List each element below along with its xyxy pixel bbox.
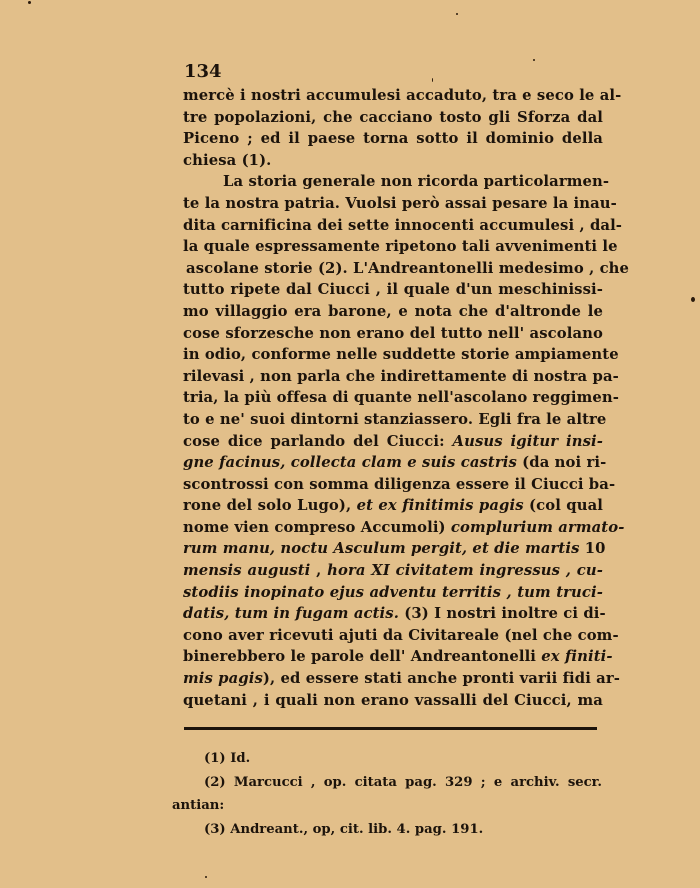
latin-quote: datis, tum in fugam actis. (183, 605, 399, 622)
text-line: rone del solo Lugo), et ex finitimis pag… (183, 495, 603, 517)
footnote-marker: (3) (204, 822, 226, 837)
text-line: scontrossi con somma diligenza essere il… (183, 474, 603, 496)
text-line: chiesa (1). (183, 150, 603, 172)
page-number: 134 (184, 61, 222, 82)
footnote-2-continuation: antian: (172, 794, 602, 818)
footnote-1: (1) Id. (172, 747, 602, 771)
latin-quote: stodiis inopinato ejus adventu territis … (183, 584, 603, 601)
text-span: (3) I nostri inoltre ci di- (399, 605, 606, 622)
text-line: rum manu, noctu Asculum pergit, et die m… (183, 538, 603, 560)
text-line: mis pagis), ed essere stati anche pronti… (183, 668, 603, 690)
footnote-text: Id. (230, 751, 250, 766)
text-line: rilevasi , non parla che indirettamente … (183, 366, 603, 388)
text-line: binerebbero le parole dell' Andreantonel… (183, 646, 603, 668)
text-span: 10 (580, 540, 606, 557)
latin-quote: Ausus igitur insi- (453, 433, 603, 450)
text-line: Piceno ; ed il paese torna sotto il domi… (183, 128, 603, 150)
latin-quote: rum manu, noctu Asculum pergit, et die m… (183, 540, 580, 557)
text-span: cose dice parlando del Ciucci: (183, 433, 453, 450)
text-span: ), ed essere stati anche pronti varii fi… (263, 670, 620, 687)
text-line: to e ne' suoi dintorni stanziassero. Egl… (183, 409, 603, 431)
text-line: cono aver ricevuti ajuti da Civitareale … (183, 625, 603, 647)
footnote-text: Andreant., op, cit. lib. 4. pag. 191. (230, 822, 483, 837)
text-line: cose dice parlando del Ciucci: Ausus igi… (183, 431, 603, 453)
scan-speck (432, 78, 433, 82)
text-line: mercè i nostri accumulesi accaduto, tra … (183, 85, 603, 107)
text-line: tre popolazioni, che cacciano tosto gli … (183, 107, 603, 129)
text-line: te la nostra patria. Vuolsi però assai p… (183, 193, 603, 215)
footnotes: (1) Id. (2) Marcucci , op. citata pag. 3… (172, 747, 602, 841)
text-line: mensis augusti , hora XI civitatem ingre… (183, 560, 603, 582)
text-line: mo villaggio era barone, e nota che d'al… (183, 301, 603, 323)
scan-speck (28, 1, 31, 4)
footnote-3: (3) Andreant., op, cit. lib. 4. pag. 191… (172, 818, 602, 842)
footnote-2: (2) Marcucci , op. citata pag. 329 ; e a… (172, 771, 602, 795)
latin-quote: hora XI civitatem ingressus , cu- (327, 562, 603, 579)
latin-quote: et ex finitimis pagis (357, 497, 524, 514)
text-line: dita carnificina dei sette innocenti acc… (183, 215, 603, 237)
text-line: in odio, conforme nelle suddette storie … (183, 344, 603, 366)
scan-speck (533, 59, 535, 61)
footnote-text: Marcucci , op. citata pag. 329 ; e archi… (234, 775, 602, 790)
body-text: mercè i nostri accumulesi accaduto, tra … (183, 85, 603, 711)
paragraph-start-line: La storia generale non ricorda particola… (183, 171, 603, 193)
text-line: tutto ripete dal Ciucci , il quale d'un … (183, 279, 603, 301)
latin-quote: mis pagis (183, 670, 263, 687)
text-span: rone del solo Lugo), (183, 497, 357, 514)
text-span: (da noi ri- (517, 454, 606, 471)
scan-speck (205, 876, 207, 878)
latin-quote: complurium armato- (451, 519, 625, 536)
text-span: nome vien compreso Accumoli) (183, 519, 451, 536)
text-line: la quale espressamente ripetono tali avv… (183, 236, 603, 258)
text-line: quetani , i quali non erano vassalli del… (183, 690, 603, 712)
latin-quote: gne facinus, collecta clam e suis castri… (183, 454, 517, 471)
text-line: datis, tum in fugam actis. (3) I nostri … (183, 603, 603, 625)
footnote-marker: (2) (204, 775, 226, 790)
latin-quote: mensis augusti (183, 562, 310, 579)
text-line: gne facinus, collecta clam e suis castri… (183, 452, 603, 474)
text-span: , (310, 562, 327, 579)
text-span: (col qual (524, 497, 603, 514)
footnote-marker: (1) (204, 751, 226, 766)
text-line: cose sforzesche non erano del tutto nell… (183, 323, 603, 345)
latin-quote: ex finiti- (541, 648, 612, 665)
text-line: nome vien compreso Accumoli) complurium … (183, 517, 603, 539)
text-line: ascolane storie (2). L'Andreantonelli me… (183, 258, 603, 280)
scan-speck (691, 297, 695, 302)
text-span: binerebbero le parole dell' Andreantonel… (183, 648, 541, 665)
text-line: stodiis inopinato ejus adventu territis … (183, 582, 603, 604)
footnote-separator-rule (184, 727, 597, 730)
text-line: tria, la più offesa di quante nell'ascol… (183, 387, 603, 409)
scan-speck (456, 13, 458, 15)
